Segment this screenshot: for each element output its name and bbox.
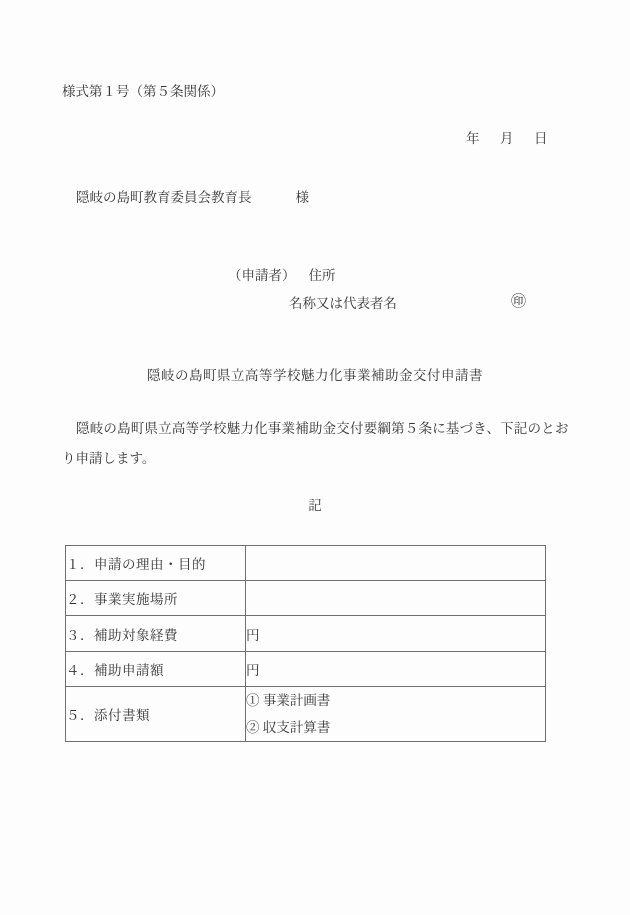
- applicant-name-line: 名称又は代表者名: [289, 296, 397, 312]
- row-value-cell: 円: [246, 652, 546, 687]
- table-row: ３．補助対象経費 円: [66, 616, 546, 652]
- table-row: ２．事業実施場所: [66, 581, 546, 616]
- application-table: １．申請の理由・目的 ２．事業実施場所 ３．補助対象経費 円 ４．補助申請額 円…: [65, 545, 546, 742]
- form-number: 様式第１号（第５条関係）: [62, 84, 224, 100]
- body-paragraph-line-1: 隠岐の島町県立高等学校魅力化事業補助金交付要綱第５条に基づき、下記のとお: [62, 421, 569, 437]
- body-paragraph-line-2: り申請します。: [62, 451, 155, 467]
- applicant-prefix: （申請者）: [228, 268, 296, 283]
- honorific: 様: [296, 190, 310, 205]
- table-row: ５．添付書類 ① 事業計画書 ② 収支計算書: [66, 687, 546, 742]
- addressee: 隠岐の島町教育委員会教育長: [76, 190, 252, 205]
- row-label-cell: ４．補助申請額: [66, 652, 246, 687]
- table-row: ４．補助申請額 円: [66, 652, 546, 687]
- row-label-cell: １．申請の理由・目的: [66, 546, 246, 581]
- document-title: 隠岐の島町県立高等学校魅力化事業補助金交付申請書: [0, 368, 630, 384]
- row-label-cell: ３．補助対象経費: [66, 616, 246, 652]
- seal-mark-icon: ㊞: [511, 294, 526, 310]
- row-value-cell: ① 事業計画書 ② 収支計算書: [246, 687, 546, 742]
- addressee-line: 隠岐の島町教育委員会教育長様: [76, 190, 309, 206]
- row-value-cell: 円: [246, 616, 546, 652]
- attachment-item: ② 収支計算書: [246, 714, 545, 741]
- row-value-cell: [246, 581, 546, 616]
- row-value-cell: [246, 546, 546, 581]
- date-line: 年 月 日: [466, 131, 551, 147]
- applicant-address-line: （申請者）住所: [228, 268, 336, 284]
- row-label-cell: ２．事業実施場所: [66, 581, 246, 616]
- record-heading: 記: [0, 498, 630, 514]
- document-page: 様式第１号（第５条関係） 年 月 日 隠岐の島町教育委員会教育長様 （申請者）住…: [0, 0, 630, 915]
- table-row: １．申請の理由・目的: [66, 546, 546, 581]
- attachment-item: ① 事業計画書: [246, 687, 545, 714]
- address-label: 住所: [309, 268, 336, 283]
- row-label-cell: ５．添付書類: [66, 687, 246, 742]
